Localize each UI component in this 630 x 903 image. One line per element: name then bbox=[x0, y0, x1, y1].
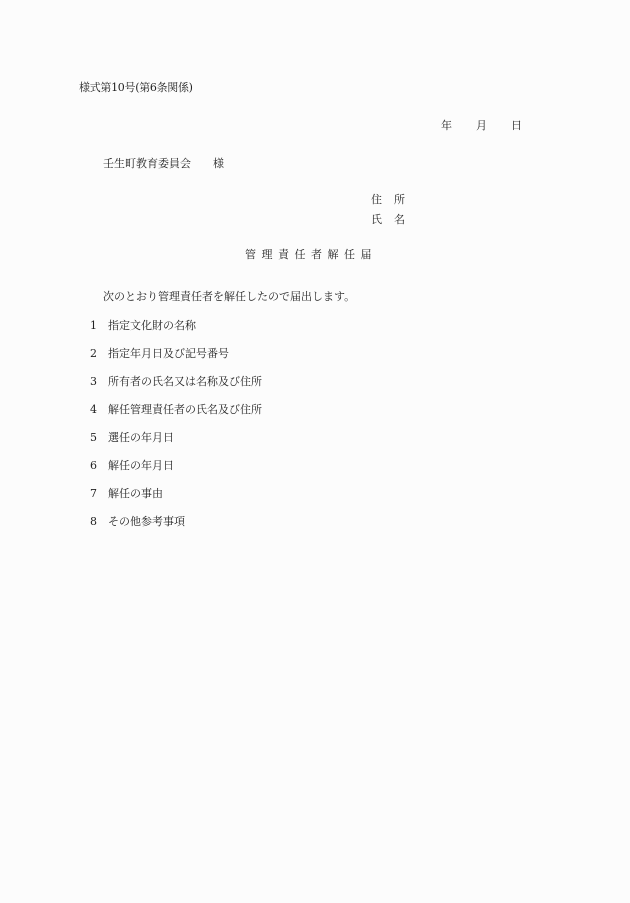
list-item: 1指定文化財の名称 bbox=[90, 319, 262, 347]
addressee: 壬生町教育委員会様 bbox=[103, 157, 224, 171]
name-label-char-2: 名 bbox=[394, 213, 405, 226]
item-label: 解任の年月日 bbox=[108, 459, 174, 472]
address-label-char-2: 所 bbox=[394, 193, 405, 206]
item-number: 7 bbox=[90, 487, 108, 501]
item-number: 3 bbox=[90, 375, 108, 389]
addressee-honorific: 様 bbox=[213, 157, 224, 170]
month-label: 月 bbox=[476, 119, 487, 133]
document-title: 管理責任者解任届 bbox=[245, 248, 377, 262]
list-item: 7解任の事由 bbox=[90, 487, 262, 515]
item-number: 6 bbox=[90, 459, 108, 473]
item-label: 指定年月日及び記号番号 bbox=[108, 347, 229, 360]
item-label: 解任管理責任者の氏名及び住所 bbox=[108, 403, 262, 416]
item-label: 選任の年月日 bbox=[108, 431, 174, 444]
intro-text: 次のとおり管理責任者を解任したので届出します。 bbox=[103, 290, 355, 304]
item-number: 2 bbox=[90, 347, 108, 361]
item-number: 1 bbox=[90, 319, 108, 333]
list-item: 6解任の年月日 bbox=[90, 459, 262, 487]
item-label: その他参考事項 bbox=[108, 515, 185, 528]
day-label: 日 bbox=[511, 119, 522, 133]
year-label: 年 bbox=[441, 119, 452, 133]
addressee-name: 壬生町教育委員会 bbox=[103, 157, 191, 170]
item-number: 5 bbox=[90, 431, 108, 445]
list-item: 8その他参考事項 bbox=[90, 515, 262, 543]
item-number: 4 bbox=[90, 403, 108, 417]
list-item: 5選任の年月日 bbox=[90, 431, 262, 459]
list-item: 3所有者の氏名又は名称及び住所 bbox=[90, 375, 262, 403]
name-label: 氏名 bbox=[371, 213, 405, 233]
list-item: 4解任管理責任者の氏名及び住所 bbox=[90, 403, 262, 431]
form-number: 様式第10号(第6条関係) bbox=[79, 81, 193, 95]
item-label: 解任の事由 bbox=[108, 487, 163, 500]
item-number: 8 bbox=[90, 515, 108, 529]
list-item: 2指定年月日及び記号番号 bbox=[90, 347, 262, 375]
item-list: 1指定文化財の名称 2指定年月日及び記号番号 3所有者の氏名又は名称及び住所 4… bbox=[90, 319, 262, 543]
name-label-char-1: 氏 bbox=[371, 213, 382, 226]
address-label-char-1: 住 bbox=[371, 193, 382, 206]
item-label: 指定文化財の名称 bbox=[108, 319, 196, 332]
item-label: 所有者の氏名又は名称及び住所 bbox=[108, 375, 262, 388]
date-line: 年月日 bbox=[441, 119, 522, 133]
address-label: 住所 bbox=[371, 193, 405, 213]
applicant-block: 住所 氏名 bbox=[371, 193, 405, 233]
